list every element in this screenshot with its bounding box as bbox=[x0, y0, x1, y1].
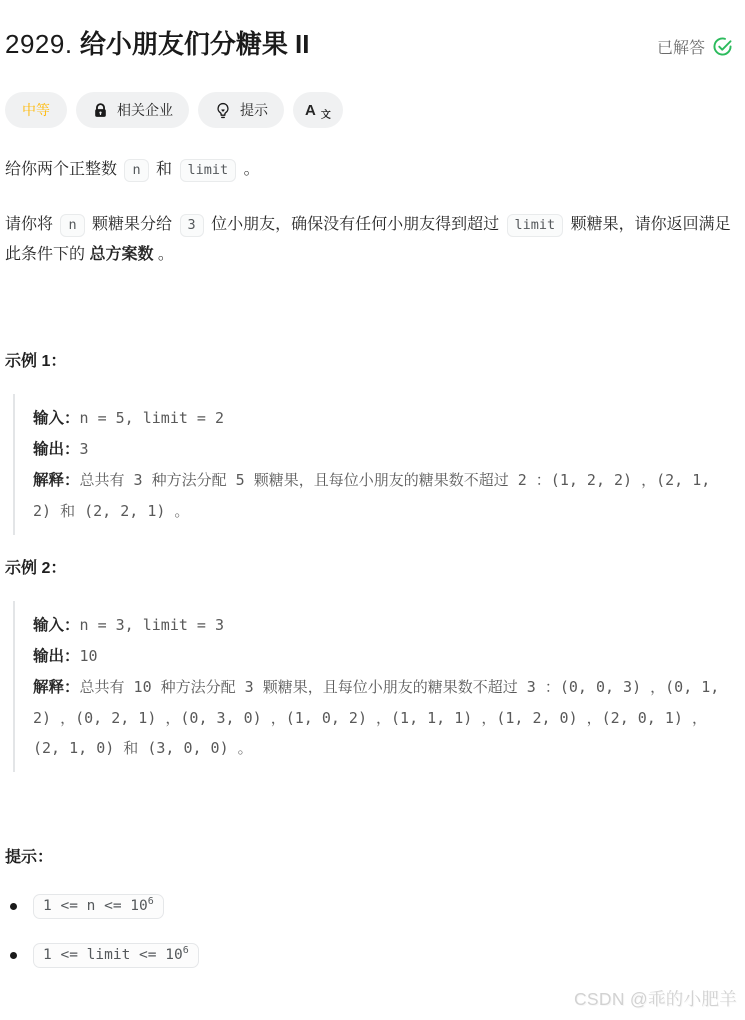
output-value: 10 bbox=[80, 647, 98, 665]
difficulty-badge[interactable]: 中等 bbox=[5, 92, 67, 128]
text-segment: 给你两个正整数 bbox=[5, 161, 121, 178]
description-paragraph-2: 请你将 n 颗糖果分给 3 位小朋友，确保没有任何小朋友得到超过 limit 颗… bbox=[5, 210, 735, 270]
text-segment: 颗糖果分给 bbox=[88, 216, 177, 233]
example-2-block: 输入：n = 3, limit = 3 输出：10 解释：总共有 10 种方法分… bbox=[13, 601, 735, 772]
problem-title-text: 给小朋友们分糖果 II bbox=[80, 29, 310, 59]
constraints-heading: 提示： bbox=[5, 846, 735, 870]
solved-label: 已解答 bbox=[657, 35, 705, 58]
constraint-item: 1 <= n <= 106 bbox=[5, 894, 735, 919]
constraint-code-limit: 1 <= limit <= 106 bbox=[33, 943, 199, 968]
example-output-line: 输出：3 bbox=[33, 434, 731, 465]
translate-letter: A bbox=[305, 102, 316, 119]
lightbulb-icon bbox=[214, 101, 232, 120]
example-input-line: 输入：n = 3, limit = 3 bbox=[33, 610, 731, 641]
difficulty-label: 中等 bbox=[22, 100, 50, 120]
text-segment: 。 bbox=[239, 161, 259, 178]
bullet-dot-icon bbox=[10, 903, 17, 910]
lock-icon bbox=[92, 102, 109, 119]
input-label: 输入： bbox=[33, 617, 80, 634]
constraint-text: 1 <= n <= 10 bbox=[43, 898, 148, 914]
input-value: n = 3, limit = 3 bbox=[80, 616, 225, 634]
translate-hanzi: 文 bbox=[321, 106, 331, 121]
inline-code-n: n bbox=[60, 214, 84, 237]
explanation-text: 总共有 10 种方法分配 3 颗糖果，且每位小朋友的糖果数不超过 3 ：(0, … bbox=[33, 678, 719, 757]
text-segment: 位小朋友，确保没有任何小朋友得到超过 bbox=[207, 216, 504, 233]
constraint-item: 1 <= limit <= 106 bbox=[5, 943, 735, 968]
example-2-heading: 示例 2： bbox=[5, 557, 735, 581]
output-label: 输出： bbox=[33, 648, 80, 665]
tag-row: 中等 相关企业 提示 A文 bbox=[5, 92, 735, 128]
example-1-heading: 示例 1： bbox=[5, 350, 735, 374]
example-1-block: 输入：n = 5, limit = 2 输出：3 解释：总共有 3 种方法分配 … bbox=[13, 394, 735, 535]
text-segment: 。 bbox=[153, 246, 173, 263]
related-companies-label: 相关企业 bbox=[117, 100, 173, 120]
constraint-text: 1 <= limit <= 10 bbox=[43, 947, 183, 963]
bold-text-total-plans: 总方案数 bbox=[89, 246, 153, 263]
csdn-watermark: CSDN @乖的小肥羊 bbox=[574, 986, 737, 1011]
example-output-line: 输出：10 bbox=[33, 641, 731, 672]
inline-code-3: 3 bbox=[180, 214, 204, 237]
output-label: 输出： bbox=[33, 441, 80, 458]
inline-code-limit: limit bbox=[180, 159, 237, 182]
description-paragraph-1: 给你两个正整数 n 和 limit 。 bbox=[5, 155, 735, 185]
explanation-text: 总共有 3 种方法分配 5 颗糖果，且每位小朋友的糖果数不超过 2 ：(1, 2… bbox=[33, 471, 710, 520]
explanation-label: 解释： bbox=[33, 679, 80, 696]
constraint-exponent: 6 bbox=[148, 896, 154, 907]
problem-number: 2929. bbox=[5, 29, 73, 59]
constraints-list: 1 <= n <= 106 1 <= limit <= 106 bbox=[5, 894, 735, 968]
constraint-code-n: 1 <= n <= 106 bbox=[33, 894, 164, 919]
page-title: 2929. 给小朋友们分糖果 II bbox=[5, 26, 309, 62]
translate-icon[interactable]: A文 bbox=[293, 92, 343, 128]
related-companies-tag[interactable]: 相关企业 bbox=[76, 92, 189, 128]
constraint-exponent: 6 bbox=[183, 945, 189, 956]
example-explanation-line: 解释：总共有 10 种方法分配 3 颗糖果，且每位小朋友的糖果数不超过 3 ：(… bbox=[33, 672, 731, 763]
header: 2929. 给小朋友们分糖果 II 已解答 bbox=[5, 26, 735, 62]
problem-page: 2929. 给小朋友们分糖果 II 已解答 中等 相关企业 bbox=[0, 0, 745, 968]
input-label: 输入： bbox=[33, 410, 80, 427]
inline-code-limit: limit bbox=[507, 214, 564, 237]
example-input-line: 输入：n = 5, limit = 2 bbox=[33, 403, 731, 434]
inline-code-n: n bbox=[124, 159, 148, 182]
status-badge[interactable]: 已解答 bbox=[657, 35, 735, 58]
hint-label: 提示 bbox=[240, 100, 268, 120]
hint-tag[interactable]: 提示 bbox=[198, 92, 284, 128]
text-segment: 和 bbox=[152, 161, 177, 178]
example-explanation-line: 解释：总共有 3 种方法分配 5 颗糖果，且每位小朋友的糖果数不超过 2 ：(1… bbox=[33, 465, 731, 526]
input-value: n = 5, limit = 2 bbox=[80, 409, 225, 427]
bullet-dot-icon bbox=[10, 952, 17, 959]
output-value: 3 bbox=[80, 440, 89, 458]
explanation-label: 解释： bbox=[33, 472, 80, 489]
text-segment: 请你将 bbox=[5, 216, 57, 233]
check-circle-icon bbox=[712, 36, 733, 57]
